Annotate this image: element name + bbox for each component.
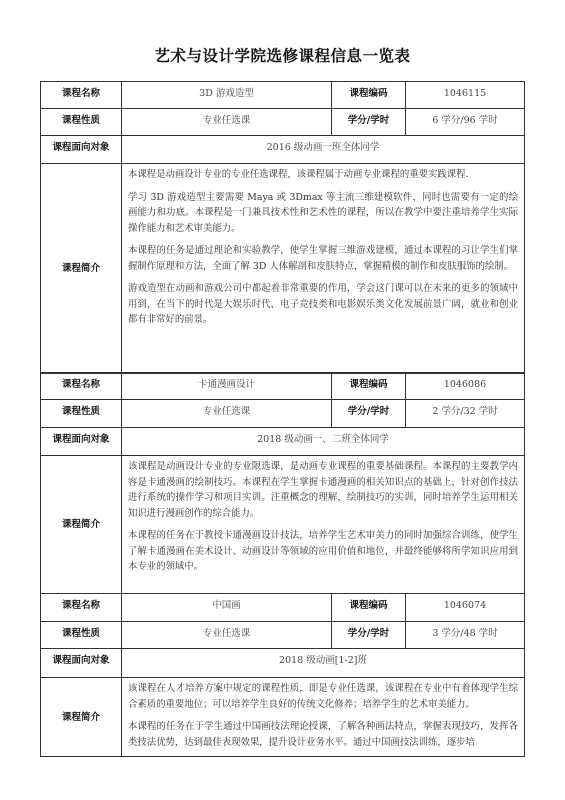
course-name-label: 课程名称 (41, 594, 122, 622)
document-title: 艺术与设计学院选修课程信息一览表 (0, 44, 565, 66)
intro-paragraph: 该课程是动画设计专业的专业限选课，是动画专业课程的重要基础课程。本课程的主要教学… (128, 459, 518, 521)
course-audience-label: 课程面向对象 (41, 649, 122, 678)
course-code-value: 1046074 (406, 594, 525, 622)
course-audience-label: 课程面向对象 (41, 136, 122, 164)
course-code-label: 课程编码 (332, 373, 406, 400)
course-audience-value: 2018 级动画[1-2]班 (122, 649, 525, 678)
course-nature-value: 专业任选课 (122, 109, 332, 136)
course-name-label: 课程名称 (41, 82, 122, 109)
intro-paragraph: 本课程是动画设计专业的专业任选课程，该课程属于动画专业课程的重要实践课程． (128, 167, 518, 183)
course-code-label: 课程编码 (332, 594, 406, 622)
course-table-1: 课程名称 3D 游戏造型 课程编码 1046115 课程性质 专业任选课 学分/… (40, 81, 525, 374)
course-credits-value: 6 学分/96 学时 (406, 109, 525, 136)
course-credits-value: 2 学分/32 学时 (406, 400, 525, 428)
intro-paragraph: 本课程的任务在于教授卡通漫画设计技法，培养学生艺术审美力的同时加强综合训练，使学… (128, 528, 518, 575)
intro-paragraph: 学习 3D 游戏造型主要需要 Maya 或 3Dmax 等主流三维建模软件，同时… (128, 190, 518, 237)
course-nature-value: 专业任选课 (122, 622, 332, 649)
course-audience-label: 课程面向对象 (41, 428, 122, 456)
course-nature-label: 课程性质 (41, 622, 122, 649)
intro-paragraph: 本课程的任务在于学生通过中国画技法理论授课，了解各种画法特点，掌握表现技巧，发挥… (128, 719, 518, 750)
course-code-value: 1046086 (406, 373, 525, 400)
course-table-3: 课程名称 中国画 课程编码 1046074 课程性质 专业任选课 学分/学时 3… (40, 593, 525, 757)
course-intro-label: 课程简介 (41, 456, 122, 594)
course-code-label: 课程编码 (332, 82, 406, 109)
course-name-value: 中国画 (122, 594, 332, 622)
course-table-2: 课程名称 卡通漫画设计 课程编码 1046086 课程性质 专业任选课 学分/学… (40, 372, 525, 594)
course-credits-label: 学分/学时 (332, 622, 406, 649)
intro-paragraph: 本课程的任务是通过理论和实验教学，使学生掌握三维游戏建模，通过本课程的习让学生们… (128, 243, 518, 274)
course-credits-label: 学分/学时 (332, 109, 406, 136)
course-nature-value: 专业任选课 (122, 400, 332, 428)
course-intro: 该课程在人才培养方案中规定的课程性质，即是专业任选课，该课程在专业中有着体现学生… (122, 678, 525, 757)
intro-paragraph: 该课程在人才培养方案中规定的课程性质，即是专业任选课，该课程在专业中有着体现学生… (128, 681, 518, 712)
course-name-value: 卡通漫画设计 (122, 373, 332, 400)
course-name-value: 3D 游戏造型 (122, 82, 332, 109)
course-credits-value: 3 学分/48 学时 (406, 622, 525, 649)
course-nature-label: 课程性质 (41, 400, 122, 428)
course-audience-value: 2016 级动画一班全体同学 (122, 136, 525, 164)
course-credits-label: 学分/学时 (332, 400, 406, 428)
course-intro: 该课程是动画设计专业的专业限选课，是动画专业课程的重要基础课程。本课程的主要教学… (122, 456, 525, 594)
intro-paragraph: 游戏造型在动画和游戏公司中都起着非常重要的作用，学会这门课可以在未来的更多的领域… (128, 281, 518, 328)
course-intro: 本课程是动画设计专业的专业任选课程，该课程属于动画专业课程的重要实践课程． 学习… (122, 164, 525, 374)
course-audience-value: 2018 级动画一、二班全体同学 (122, 428, 525, 456)
course-intro-label: 课程简介 (41, 164, 122, 374)
course-code-value: 1046115 (406, 82, 525, 109)
course-intro-label: 课程简介 (41, 678, 122, 757)
course-nature-label: 课程性质 (41, 109, 122, 136)
course-name-label: 课程名称 (41, 373, 122, 400)
